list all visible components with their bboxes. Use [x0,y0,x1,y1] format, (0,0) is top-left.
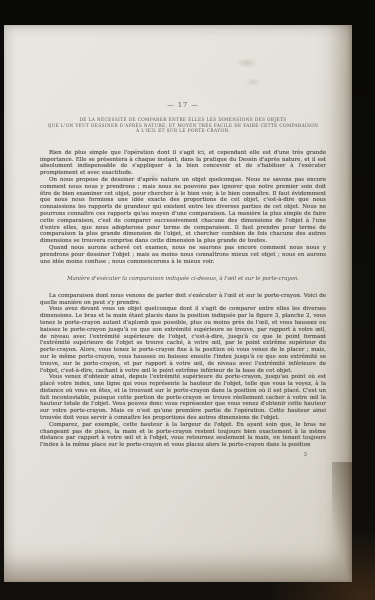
method-paragraphs: La comparaison dont nous venons de parle… [40,293,326,449]
chapter-heading-line: À L'ŒIL ET SUR LE PORTE-CRAYON. [40,129,326,135]
chapter-heading: DE LA NÉCESSITÉ DE COMPARER ENTRE ELLES … [40,118,326,135]
paragraph: Vous avez devant vous un objet quelconqu… [40,306,326,374]
section-heading: Manière d'exécuter la comparaison indiqu… [40,276,326,282]
intro-paragraphs: Rien de plus simple que l'opération dont… [40,150,326,266]
book-page: — 17 — DE LA NÉCESSITÉ DE COMPARER ENTRE… [4,25,352,582]
paragraph: La comparaison dont nous venons de parle… [40,293,326,307]
paragraph: Rien de plus simple que l'opération dont… [40,150,326,177]
page-content: — 17 — DE LA NÉCESSITÉ DE COMPARER ENTRE… [40,101,326,458]
chapter-heading-line: DE LA NÉCESSITÉ DE COMPARER ENTRE ELLES … [40,118,326,124]
paragraph: Vous venez d'obtenir ainsi, depuis l'ext… [40,374,326,422]
page-number: — 17 — [40,101,326,109]
paragraph: On nous propose de dessiner d'après natu… [40,177,326,245]
printer-signature-mark: 3 [40,452,326,458]
scanner-background: — 17 — DE LA NÉCESSITÉ DE COMPARER ENTRE… [0,0,375,600]
paragraph: Comparez, par exemple, cette hauteur à l… [40,422,326,449]
paragraph: Quand nous aurons achevé cet examen, nou… [40,245,326,265]
